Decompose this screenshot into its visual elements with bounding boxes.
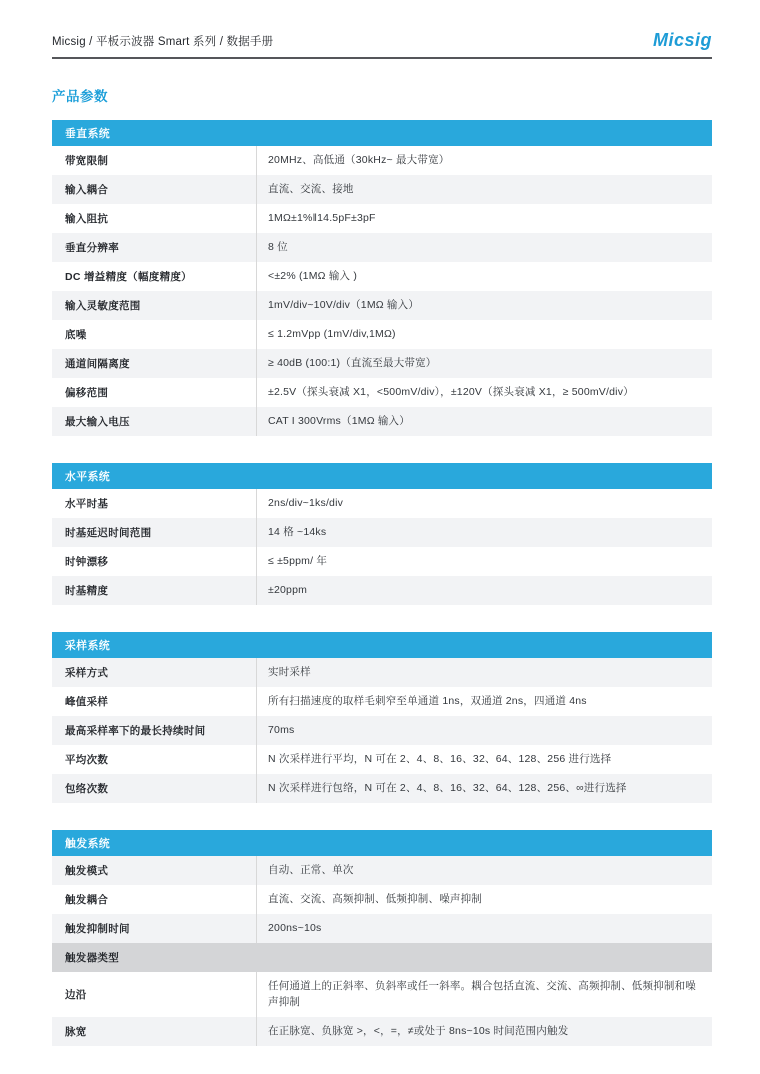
spec-row-value: 14 格 ~14ks bbox=[257, 518, 712, 547]
spec-row-label: 偏移范围 bbox=[52, 378, 257, 407]
spec-row-value: 自动、正常、单次 bbox=[257, 856, 712, 885]
spec-row-value: 直流、交流、高频抑制、低频抑制、噪声抑制 bbox=[257, 885, 712, 914]
spec-row-label: 触发器类型 bbox=[52, 943, 257, 972]
spec-row-label: 最大输入电压 bbox=[52, 407, 257, 436]
spec-row-value: 20MHz、高低通（30kHz~ 最大带宽） bbox=[257, 146, 712, 175]
spec-row: 输入阻抗 1MΩ±1%‖14.5pF±3pF bbox=[52, 204, 712, 233]
spec-row-label: 采样方式 bbox=[52, 658, 257, 687]
spec-row-value: ±20ppm bbox=[257, 576, 712, 605]
spec-row: 最高采样率下的最长持续时间 70ms bbox=[52, 716, 712, 745]
spec-row: 垂直分辨率 8 位 bbox=[52, 233, 712, 262]
spec-row-value: 实时采样 bbox=[257, 658, 712, 687]
micsig-logo: Micsig bbox=[653, 30, 712, 52]
spec-row-value: 70ms bbox=[257, 716, 712, 745]
spec-row-label: 脉宽 bbox=[52, 1017, 257, 1046]
spec-row-label: 触发耦合 bbox=[52, 885, 257, 914]
spec-row-label: 输入耦合 bbox=[52, 175, 257, 204]
spec-row-label: 最高采样率下的最长持续时间 bbox=[52, 716, 257, 745]
spec-row-label: 输入灵敏度范围 bbox=[52, 291, 257, 320]
spec-row-label: 带宽限制 bbox=[52, 146, 257, 175]
spec-row: 包络次数 N 次采样进行包络，N 可在 2、4、8、16、32、64、128、2… bbox=[52, 774, 712, 803]
section-title: 垂直系统 bbox=[65, 126, 110, 141]
spec-row-label: 垂直分辨率 bbox=[52, 233, 257, 262]
section-title: 采样系统 bbox=[65, 638, 110, 653]
spec-row-label: 时基延迟时间范围 bbox=[52, 518, 257, 547]
spec-row: 触发器类型 bbox=[52, 943, 712, 972]
spec-row-label: 时钟漂移 bbox=[52, 547, 257, 576]
spec-row: 时基精度 ±20ppm bbox=[52, 576, 712, 605]
spec-row-label: 水平时基 bbox=[52, 489, 257, 518]
spec-row: 水平时基 2ns/div~1ks/div bbox=[52, 489, 712, 518]
spec-row: 时钟漂移 ≤ ±5ppm/ 年 bbox=[52, 547, 712, 576]
spec-row: 触发抑制时间 200ns~10s bbox=[52, 914, 712, 943]
spec-row-value: 在正脉宽、负脉宽 >，<，=，≠或处于 8ns~10s 时间范围内触发 bbox=[257, 1017, 712, 1046]
spec-row-value: 8 位 bbox=[257, 233, 712, 262]
section-rows: 采样方式 实时采样 峰值采样 所有扫描速度的取样毛刺窄至单通道 1ns，双通道 … bbox=[52, 658, 712, 803]
spec-row-value: 2ns/div~1ks/div bbox=[257, 489, 712, 518]
section-header: 垂直系统 bbox=[52, 120, 712, 146]
spec-row-label: 通道间隔离度 bbox=[52, 349, 257, 378]
section-header: 水平系统 bbox=[52, 463, 712, 489]
spec-row: 脉宽 在正脉宽、负脉宽 >，<，=，≠或处于 8ns~10s 时间范围内触发 bbox=[52, 1017, 712, 1046]
spec-row-value: ≥ 40dB (100:1)（直流至最大带宽） bbox=[257, 349, 712, 378]
spec-row-value: 任何通道上的正斜率、负斜率或任一斜率。耦合包括直流、交流、高频抑制、低频抑制和噪… bbox=[257, 972, 712, 1017]
spec-row: DC 增益精度（幅度精度） <±2% (1MΩ 输入 ) bbox=[52, 262, 712, 291]
spec-section: 垂直系统 带宽限制 20MHz、高低通（30kHz~ 最大带宽） 输入耦合 直流… bbox=[52, 120, 712, 436]
spec-row: 底噪 ≤ 1.2mVpp (1mV/div,1MΩ) bbox=[52, 320, 712, 349]
header-divider bbox=[52, 57, 712, 59]
spec-row: 通道间隔离度 ≥ 40dB (100:1)（直流至最大带宽） bbox=[52, 349, 712, 378]
section-title: 水平系统 bbox=[65, 469, 110, 484]
spec-row-value: N 次采样进行平均，N 可在 2、4、8、16、32、64、128、256 进行… bbox=[257, 745, 712, 774]
spec-row: 峰值采样 所有扫描速度的取样毛刺窄至单通道 1ns，双通道 2ns，四通道 4n… bbox=[52, 687, 712, 716]
spec-row-label: 峰值采样 bbox=[52, 687, 257, 716]
spec-row-value: <±2% (1MΩ 输入 ) bbox=[257, 262, 712, 291]
spec-row: 带宽限制 20MHz、高低通（30kHz~ 最大带宽） bbox=[52, 146, 712, 175]
spec-row: 输入灵敏度范围 1mV/div~10V/div（1MΩ 输入） bbox=[52, 291, 712, 320]
spec-tables: 垂直系统 带宽限制 20MHz、高低通（30kHz~ 最大带宽） 输入耦合 直流… bbox=[52, 120, 712, 1046]
spec-row: 触发模式 自动、正常、单次 bbox=[52, 856, 712, 885]
spec-row-value: N 次采样进行包络，N 可在 2、4、8、16、32、64、128、256、∞进… bbox=[257, 774, 712, 803]
spec-row-value: ±2.5V（探头衰减 X1，<500mV/div），±120V（探头衰减 X1，… bbox=[257, 378, 712, 407]
spec-row-label: 平均次数 bbox=[52, 745, 257, 774]
page-header: Micsig / 平板示波器 Smart 系列 / 数据手册 Micsig bbox=[52, 30, 712, 52]
section-header: 触发系统 bbox=[52, 830, 712, 856]
spec-row: 输入耦合 直流、交流、接地 bbox=[52, 175, 712, 204]
spec-row-value: 1mV/div~10V/div（1MΩ 输入） bbox=[257, 291, 712, 320]
spec-row-label: 输入阻抗 bbox=[52, 204, 257, 233]
spec-row-label: DC 增益精度（幅度精度） bbox=[52, 262, 257, 291]
spec-row-label: 时基精度 bbox=[52, 576, 257, 605]
spec-row-value: CAT I 300Vrms（1MΩ 输入） bbox=[257, 407, 712, 436]
spec-row-value: 1MΩ±1%‖14.5pF±3pF bbox=[257, 204, 712, 233]
spec-row: 最大输入电压 CAT I 300Vrms（1MΩ 输入） bbox=[52, 407, 712, 436]
spec-section: 水平系统 水平时基 2ns/div~1ks/div 时基延迟时间范围 14 格 … bbox=[52, 463, 712, 605]
spec-row-value: ≤ 1.2mVpp (1mV/div,1MΩ) bbox=[257, 320, 712, 349]
section-header: 采样系统 bbox=[52, 632, 712, 658]
breadcrumb: Micsig / 平板示波器 Smart 系列 / 数据手册 bbox=[52, 33, 273, 52]
spec-row: 平均次数 N 次采样进行平均，N 可在 2、4、8、16、32、64、128、2… bbox=[52, 745, 712, 774]
spec-row-value: 200ns~10s bbox=[257, 914, 712, 943]
section-rows: 带宽限制 20MHz、高低通（30kHz~ 最大带宽） 输入耦合 直流、交流、接… bbox=[52, 146, 712, 436]
spec-section: 采样系统 采样方式 实时采样 峰值采样 所有扫描速度的取样毛刺窄至单通道 1ns… bbox=[52, 632, 712, 803]
spec-row: 边沿 任何通道上的正斜率、负斜率或任一斜率。耦合包括直流、交流、高频抑制、低频抑… bbox=[52, 972, 712, 1017]
spec-row-value: ≤ ±5ppm/ 年 bbox=[257, 547, 712, 576]
datasheet-page: Micsig / 平板示波器 Smart 系列 / 数据手册 Micsig 产品… bbox=[0, 0, 760, 1074]
spec-row-label: 触发模式 bbox=[52, 856, 257, 885]
spec-row: 偏移范围 ±2.5V（探头衰减 X1，<500mV/div），±120V（探头衰… bbox=[52, 378, 712, 407]
section-rows: 触发模式 自动、正常、单次 触发耦合 直流、交流、高频抑制、低频抑制、噪声抑制 … bbox=[52, 856, 712, 1046]
spec-row-label: 触发抑制时间 bbox=[52, 914, 257, 943]
spec-row-label: 底噪 bbox=[52, 320, 257, 349]
spec-row: 触发耦合 直流、交流、高频抑制、低频抑制、噪声抑制 bbox=[52, 885, 712, 914]
spec-row: 采样方式 实时采样 bbox=[52, 658, 712, 687]
spec-section: 触发系统 触发模式 自动、正常、单次 触发耦合 直流、交流、高频抑制、低频抑制、… bbox=[52, 830, 712, 1046]
page-title: 产品参数 bbox=[52, 85, 712, 105]
spec-row-value: 直流、交流、接地 bbox=[257, 175, 712, 204]
spec-row-label: 边沿 bbox=[52, 972, 257, 1017]
spec-row-label: 包络次数 bbox=[52, 774, 257, 803]
section-rows: 水平时基 2ns/div~1ks/div 时基延迟时间范围 14 格 ~14ks… bbox=[52, 489, 712, 605]
spec-row: 时基延迟时间范围 14 格 ~14ks bbox=[52, 518, 712, 547]
spec-row-value: 所有扫描速度的取样毛刺窄至单通道 1ns，双通道 2ns，四通道 4ns bbox=[257, 687, 712, 716]
section-title: 触发系统 bbox=[65, 836, 110, 851]
